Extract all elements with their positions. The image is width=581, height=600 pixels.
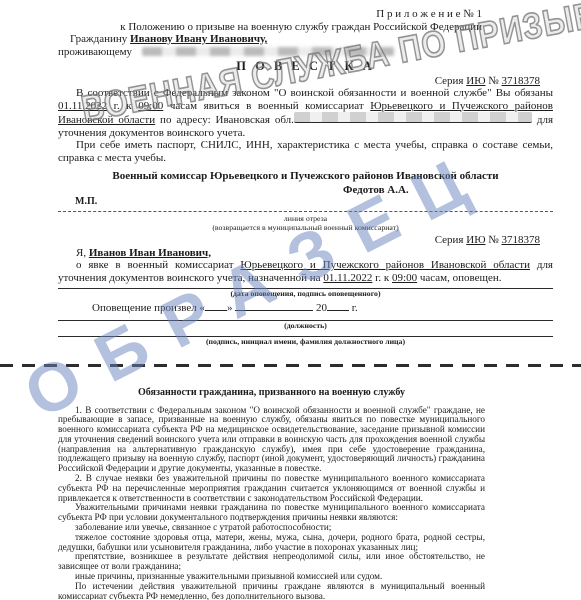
cut-line-label: линия отреза [58,214,553,223]
caption-official-signature: (подпись, инициал имени, фамилия должнос… [58,337,553,346]
duties-section: Обязанности гражданина, призванного на в… [58,387,485,600]
text-run: г. к [372,272,392,284]
text-run: В соответствии с Федеральным законом "О … [76,87,553,99]
series-line: Серия ИЮ № 3718378 [58,75,540,88]
text-run: Я, [76,247,89,259]
caption-position: (должность) [58,321,553,330]
duty-paragraph: 2. В случае неявки без уважительной прич… [58,474,485,503]
caption-date-signature: (дата оповещения, подпись оповещенного) [58,289,553,298]
text-run: о явке в военный комиссариат [76,259,240,271]
text-run: часам явиться в военный комиссариат [163,100,370,112]
text-run: 01.11.2022 [58,100,107,112]
stamp-place-label: М.П. [75,196,553,208]
duty-paragraph: Уважительными причинами неявки гражданин… [58,503,485,523]
text-run: 3718378 [502,75,541,87]
duty-paragraph: 1. В соответствии с Федеральным законом … [58,406,485,475]
residing-line: проживающему [58,46,553,59]
text-run: Юрьевецкого и Пучежского районов Ивановс… [240,259,530,271]
tearoff-series-line: Серия ИЮ № 3718378 [58,234,540,247]
commissar-name: Федотов А.А. [343,184,553,197]
cut-line-note: (возвращается в муниципальный военный ко… [58,223,553,232]
text-run: 09:00 [392,272,417,284]
text-run: ИЮ [466,234,485,246]
annex-number: П р и л о ж е н и е № 1 [58,8,482,21]
duties-title: Обязанности гражданина, призванного на в… [58,387,485,399]
cut-line [58,211,553,212]
text-run: 01.11.2022 [323,272,372,284]
text-run: Иванов Иван Иванович, [89,247,211,259]
text-run [327,300,349,311]
text-run [205,300,227,311]
summons-form-section: П р и л о ж е н и е № 1 к Положению о пр… [58,8,553,346]
duty-paragraph: По истечении действия уважительной причи… [58,582,485,600]
text-run: № [486,234,502,246]
text-run: г. к [107,100,138,112]
text-run: Серия [435,234,467,246]
povestka-document: ВОЕННАЯ СЛУЖБА ПО ПРИЗЫВУ ОБРАЗЕЦ П р и … [0,0,581,600]
text-run: № [486,75,502,87]
duties-paragraphs: 1. В соответствии с Федеральным законом … [58,406,485,600]
document-title: П О В Е С Т К А [58,60,553,73]
summons-paragraph: В соответствии с Федеральным законом "О … [58,87,553,139]
text-run: г. [349,302,358,314]
document-content: П р и л о ж е н и е № 1 к Положению о пр… [0,0,581,600]
commissar-title-line: Военный комиссар Юрьевецкого и Пучежског… [58,170,553,183]
annex-subtitle: к Положению о призыве на военную службу … [58,21,482,34]
text-run: Оповещение произвел « [92,302,205,314]
text-run: часам, оповещен. [417,272,501,284]
redacted-address [142,47,394,56]
text-run: 09:00 [138,100,163,112]
bring-documents-paragraph: При себе иметь паспорт, СНИЛС, ИНН, хара… [58,139,553,164]
citizen-label: Гражданину [70,33,130,45]
text-run: 3718378 [502,234,541,246]
perforation-line [0,364,581,367]
citizen-line: Гражданину Иванову Ивану Ивановичу, [58,33,553,46]
residing-label: проживающему [58,46,132,58]
acknowledgement-name-line: Я, Иванов Иван Иванович, [58,247,553,260]
text-run: » [227,302,235,314]
text-run [294,112,532,123]
text-run [235,300,313,311]
duty-paragraph: тяжелое состояние здоровья отца, матери,… [58,533,485,553]
text-run: Серия [435,75,467,87]
acknowledgement-paragraph: о явке в военный комиссариат Юрьевецкого… [58,259,553,284]
duty-paragraph: препятствие, возникшее в результате дейс… [58,552,485,572]
text-run: 20 [313,302,327,314]
text-run: по адресу: Ивановская обл. [155,114,294,126]
notification-line: Оповещение произвел «» 20 г. [92,300,553,315]
text-run: ИЮ [466,75,485,87]
citizen-name-value: Иванову Ивану Ивановичу, [130,33,267,45]
